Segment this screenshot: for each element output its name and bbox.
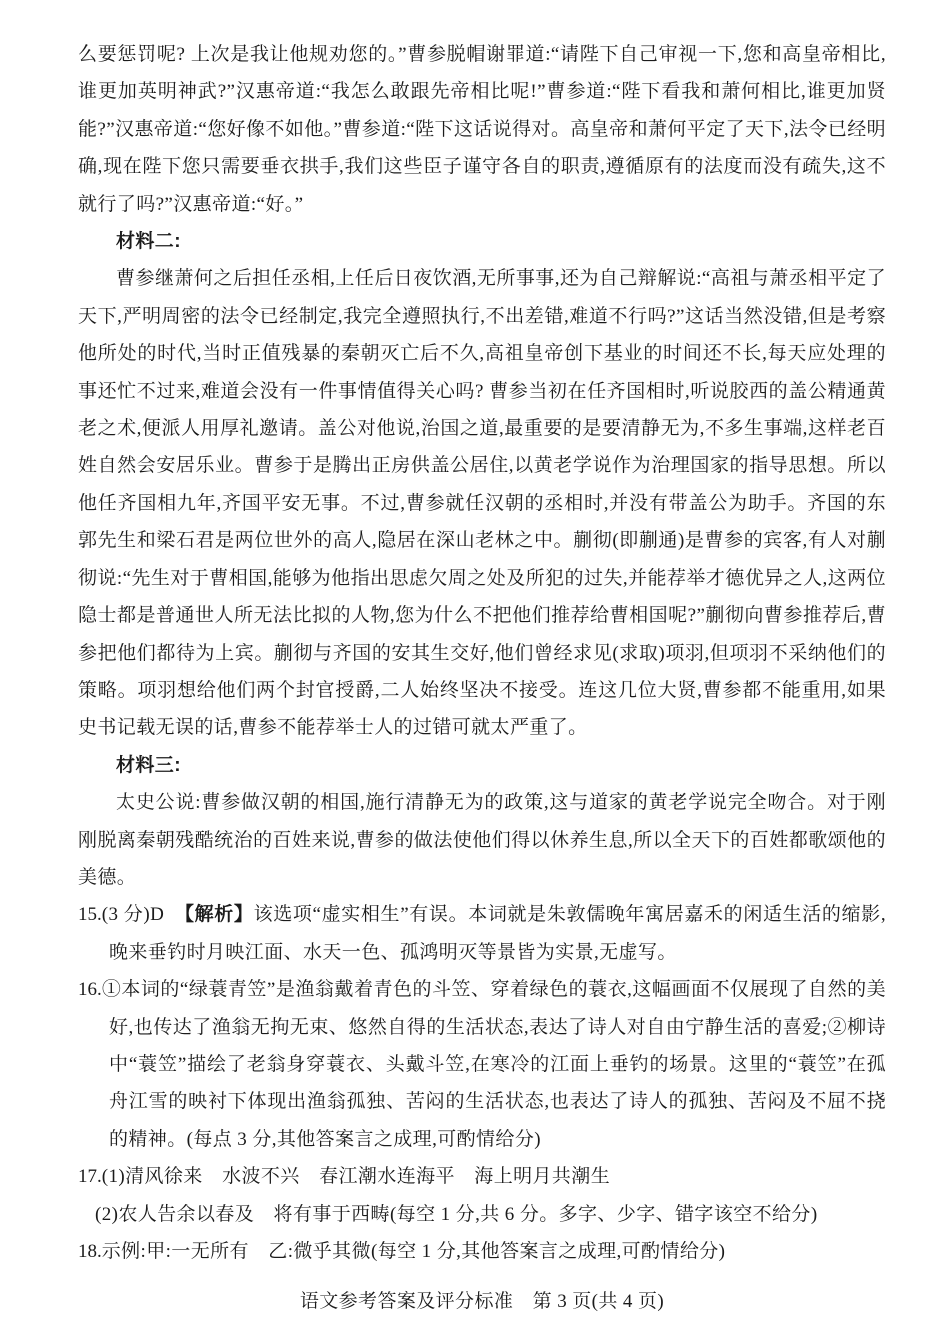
answer-18-text: 示例:甲:一无所有 乙:微乎其微(每空 1 分,其他答案言之成理,可酌情给分)	[102, 1241, 726, 1262]
material-three-body: 太史公说:曹参做汉朝的相国,施行清静无为的政策,这与道家的黄老学说完全吻合。对于…	[78, 784, 886, 896]
answer-17-number: 17.	[78, 1166, 102, 1187]
answer-15-analysis-label: 【解析】	[175, 904, 254, 925]
material-two-heading: 材料二:	[78, 223, 886, 260]
answer-17-part1: (1)清风徐来 水波不兴 春江潮水连海平 海上明月共潮生	[102, 1166, 610, 1187]
material-three-heading: 材料三:	[78, 747, 886, 784]
answer-15-choice: (3 分)D	[102, 904, 165, 925]
answer-16-number: 16.	[78, 979, 102, 1000]
answer-item-18: 18.示例:甲:一无所有 乙:微乎其微(每空 1 分,其他答案言之成理,可酌情给…	[78, 1233, 886, 1270]
answer-item-16: 16.①本词的“绿蓑青笠”是渔翁戴着青色的斗笠、穿着绿色的蓑衣,这幅画面不仅展现…	[78, 971, 886, 1158]
answer-17-part2-text: (2)农人告余以春及 将有事于西畴(每空 1 分,共 6 分。多字、少字、错字该…	[95, 1204, 818, 1225]
answer-item-15: 15.(3 分)D【解析】该选项“虚实相生”有误。本词就是朱敦儒晚年寓居嘉禾的闲…	[78, 896, 886, 971]
answer-18-number: 18.	[78, 1241, 102, 1262]
material-two-body: 曹参继萧何之后担任丞相,上任后日夜饮酒,无所事事,还为自己辩解说:“高祖与萧丞相…	[78, 260, 886, 746]
answer-16-text: ①本词的“绿蓑青笠”是渔翁戴着青色的斗笠、穿着绿色的蓑衣,这幅画面不仅展现了自然…	[102, 979, 886, 1150]
answer-key-page: 么要惩罚呢? 上次是我让他规劝您的。”曹参脱帽谢罪道:“请陛下自己审视一下,您和…	[0, 0, 950, 1336]
answer-15-number: 15.	[78, 904, 102, 925]
page-footer: 语文参考答案及评分标准 第 3 页(共 4 页)	[78, 1283, 886, 1320]
material-one-continuation: 么要惩罚呢? 上次是我让他规劝您的。”曹参脱帽谢罪道:“请陛下自己审视一下,您和…	[78, 36, 886, 223]
answer-item-17-part2: (2)农人告余以春及 将有事于西畴(每空 1 分,共 6 分。多字、少字、错字该…	[78, 1196, 886, 1233]
answer-item-17: 17.(1)清风徐来 水波不兴 春江潮水连海平 海上明月共潮生	[78, 1158, 886, 1195]
